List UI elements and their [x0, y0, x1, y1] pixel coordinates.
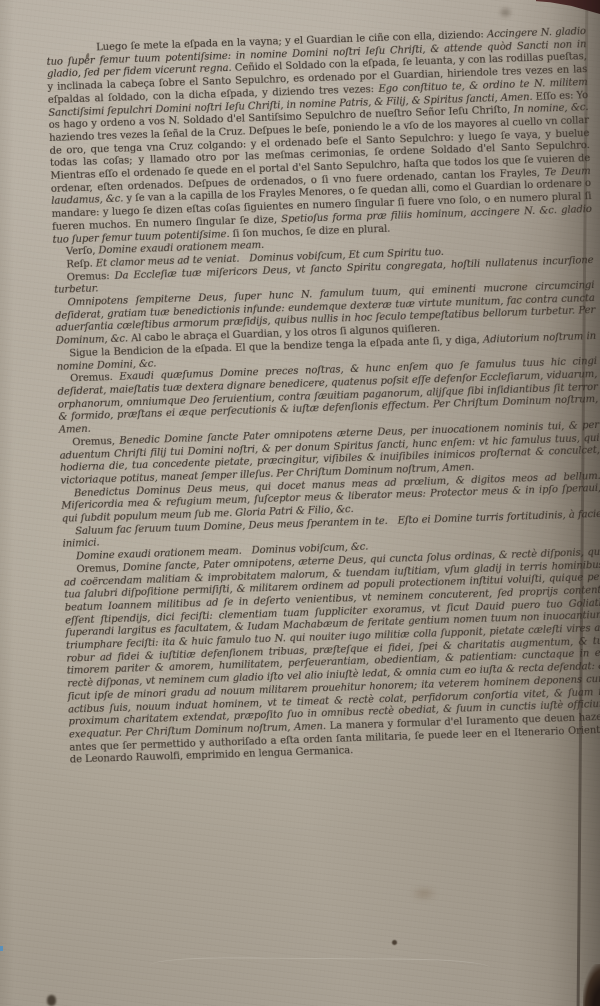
paragraph: Luego ſe mete la eſpada en la vayna; y e…	[46, 26, 592, 247]
latin-text: In nomine, &c.	[513, 102, 588, 115]
latin-text: Domine ſancte, Pater omnipotens, æterne …	[64, 547, 600, 741]
binding-corner-bottom-right	[583, 964, 600, 1006]
ink-smudge-top	[498, 6, 513, 19]
paper-speck	[392, 940, 397, 945]
book-page-photo: Luego ſe mete la eſpada en la vayna; y e…	[0, 0, 600, 1006]
paper-speck-bottom-left	[47, 995, 56, 1006]
paper-fold-line	[150, 957, 490, 976]
paragraph: Oremus, Domine ſancte, Pater omnipotens,…	[63, 547, 600, 768]
binding-corner-top-right	[536, 0, 600, 14]
left-edge-shade	[0, 0, 14, 1006]
spanish-text: Oremus:	[67, 271, 115, 284]
spanish-text: Reſp.	[66, 258, 96, 270]
spanish-text: Oremus,	[76, 563, 123, 576]
spanish-text: Verſo,	[66, 246, 99, 258]
page-text: Luego ſe mete la eſpada en la vayna; y e…	[46, 26, 600, 768]
spanish-text: Oremus.	[70, 372, 120, 385]
blue-fleck	[0, 946, 3, 951]
paper-smudge-bottom	[410, 886, 438, 901]
spanish-text: Oremus,	[72, 436, 119, 449]
